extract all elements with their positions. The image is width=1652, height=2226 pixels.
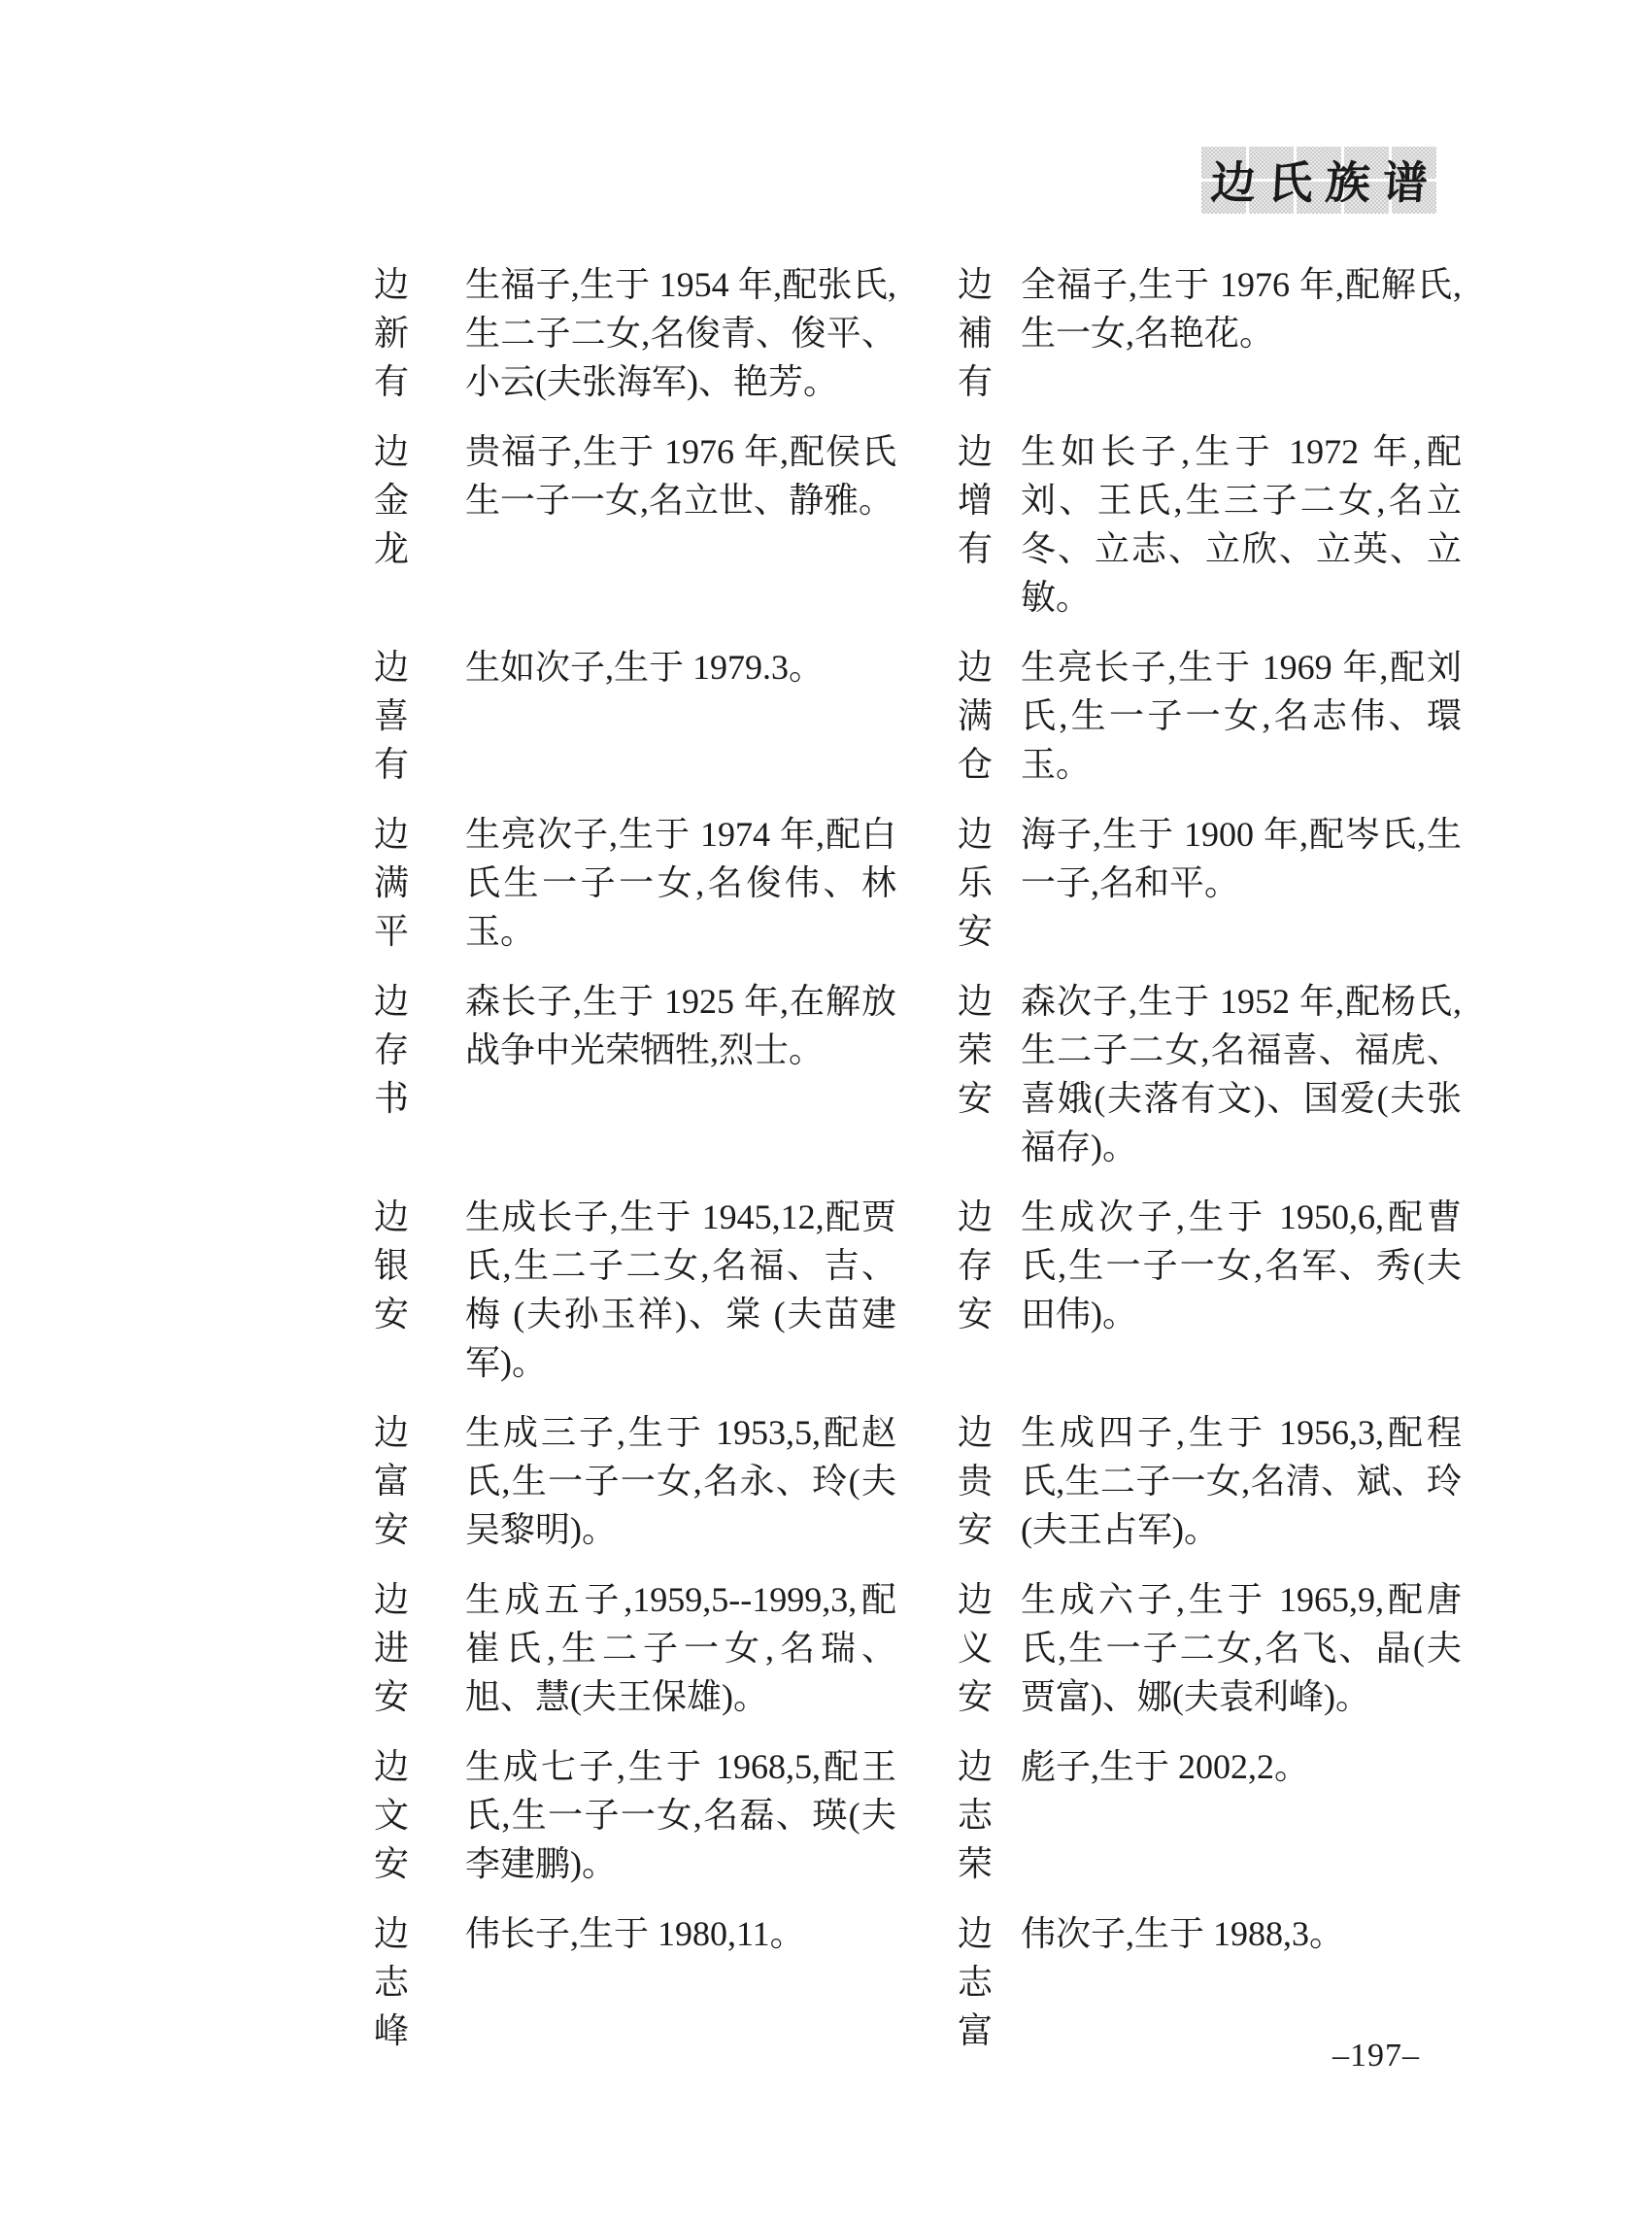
entry: 边贵安 生成四子,生于 1956,3,配程氏,生二子一女,名清、斌、玲(夫王占军… bbox=[958, 1408, 1462, 1554]
entry-name: 边富安 bbox=[374, 1408, 415, 1554]
entry: 边新有 生福子,生于 1954 年,配张氏,生二子二女,名俊青、俊平、小云(夫张… bbox=[374, 260, 896, 406]
entry-text: 生成五子,1959,5--1999,3,配崔氏,生二子一女,名瑞、旭、慧(夫王保… bbox=[465, 1575, 896, 1721]
entry: 边志富 伟次子,生于 1988,3。 bbox=[958, 1909, 1462, 2055]
entry: 边乐安 海子,生于 1900 年,配岑氏,生一子,名和平。 bbox=[958, 810, 1462, 956]
entry-text: 生亮长子,生于 1969 年,配刘氏,生一子一女,名志伟、環玉。 bbox=[1021, 643, 1462, 789]
entry-name: 边存书 bbox=[374, 977, 415, 1123]
entry: 边增有 生如长子,生于 1972 年,配刘、王氏,生三子二女,名立冬、立志、立欣… bbox=[958, 427, 1462, 622]
entry-row: 边存书 森长子,生于 1925 年,在解放战争中光荣牺牲,烈士。 边荣安 森次子… bbox=[374, 977, 1462, 1171]
entry-name: 边志富 bbox=[958, 1909, 998, 2055]
entry-name: 边义安 bbox=[958, 1575, 998, 1721]
entry: 边银安 生成长子,生于 1945,12,配贾氏,生二子二女,名福、吉、梅 (夫孙… bbox=[374, 1193, 896, 1387]
entry-row: 边金龙 贵福子,生于 1976 年,配侯氏生一子一女,名立世、静雅。 边增有 生… bbox=[374, 427, 1462, 622]
entry-text: 生如次子,生于 1979.3。 bbox=[465, 643, 896, 789]
entry-name: 边志峰 bbox=[374, 1909, 415, 2055]
entry-text: 生成次子,生于 1950,6,配曹氏,生一子一女,名军、秀(夫田伟)。 bbox=[1021, 1193, 1462, 1338]
entry-name: 边文安 bbox=[374, 1742, 415, 1888]
entry-text: 生成三子,生于 1953,5,配赵氏,生一子一女,名永、玲(夫吴黎明)。 bbox=[465, 1408, 896, 1554]
entry-text: 贵福子,生于 1976 年,配侯氏生一子一女,名立世、静雅。 bbox=[465, 427, 896, 573]
entry-row: 边进安 生成五子,1959,5--1999,3,配崔氏,生二子一女,名瑞、旭、慧… bbox=[374, 1575, 1462, 1721]
entry-name: 边荣安 bbox=[958, 977, 998, 1123]
entry: 边满仓 生亮长子,生于 1969 年,配刘氏,生一子一女,名志伟、環玉。 bbox=[958, 643, 1462, 789]
entry: 边存安 生成次子,生于 1950,6,配曹氏,生一子一女,名军、秀(夫田伟)。 bbox=[958, 1193, 1462, 1387]
entries-container: 边新有 生福子,生于 1954 年,配张氏,生二子二女,名俊青、俊平、小云(夫张… bbox=[374, 260, 1462, 2076]
entry: 边富安 生成三子,生于 1953,5,配赵氏,生一子一女,名永、玲(夫吴黎明)。 bbox=[374, 1408, 896, 1554]
entry-row: 边文安 生成七子,生于 1968,5,配王氏,生一子一女,名磊、瑛(夫李建鹏)。… bbox=[374, 1742, 1462, 1888]
entry-name: 边金龙 bbox=[374, 427, 415, 573]
entry: 边喜有 生如次子,生于 1979.3。 bbox=[374, 643, 896, 789]
genealogy-page: 边氏族谱 边新有 生福子,生于 1954 年,配张氏,生二子二女,名俊青、俊平、… bbox=[0, 0, 1652, 2226]
entry-text: 生如长子,生于 1972 年,配刘、王氏,生三子二女,名立冬、立志、立欣、立英、… bbox=[1021, 427, 1462, 622]
entry: 边文安 生成七子,生于 1968,5,配王氏,生一子一女,名磊、瑛(夫李建鹏)。 bbox=[374, 1742, 896, 1888]
entry-text: 森长子,生于 1925 年,在解放战争中光荣牺牲,烈士。 bbox=[465, 977, 896, 1123]
entry-text: 生成七子,生于 1968,5,配王氏,生一子一女,名磊、瑛(夫李建鹏)。 bbox=[465, 1742, 896, 1888]
entry: 边义安 生成六子,生于 1965,9,配唐氏,生一子二女,名飞、晶(夫贾富)、娜… bbox=[958, 1575, 1462, 1721]
entry: 边荣安 森次子,生于 1952 年,配杨氏,生二子二女,名福喜、福虎、喜娥(夫落… bbox=[958, 977, 1462, 1171]
entry-name: 边補有 bbox=[958, 260, 998, 406]
entry-text: 生成四子,生于 1956,3,配程氏,生二子一女,名清、斌、玲(夫王占军)。 bbox=[1021, 1408, 1462, 1554]
entry: 边補有 全福子,生于 1976 年,配解氏,生一女,名艳花。 bbox=[958, 260, 1462, 406]
page-number: –197– bbox=[1332, 2038, 1420, 2074]
entry-name: 边银安 bbox=[374, 1193, 415, 1338]
entry: 边金龙 贵福子,生于 1976 年,配侯氏生一子一女,名立世、静雅。 bbox=[374, 427, 896, 622]
entry: 边满平 生亮次子,生于 1974 年,配白氏生一子一女,名俊伟、林玉。 bbox=[374, 810, 896, 956]
entry-text: 全福子,生于 1976 年,配解氏,生一女,名艳花。 bbox=[1021, 260, 1462, 406]
entry: 边志峰 伟长子,生于 1980,11。 bbox=[374, 1909, 896, 2055]
entry-name: 边满平 bbox=[374, 810, 415, 956]
entry: 边进安 生成五子,1959,5--1999,3,配崔氏,生二子一女,名瑞、旭、慧… bbox=[374, 1575, 896, 1721]
entry: 边志荣 彪子,生于 2002,2。 bbox=[958, 1742, 1462, 1888]
entry: 边存书 森长子,生于 1925 年,在解放战争中光荣牺牲,烈士。 bbox=[374, 977, 896, 1171]
entry-text: 海子,生于 1900 年,配岑氏,生一子,名和平。 bbox=[1021, 810, 1462, 956]
entry-text: 伟次子,生于 1988,3。 bbox=[1021, 1909, 1462, 2055]
entry-text: 生成长子,生于 1945,12,配贾氏,生二子二女,名福、吉、梅 (夫孙玉祥)、… bbox=[465, 1193, 896, 1387]
entry-row: 边银安 生成长子,生于 1945,12,配贾氏,生二子二女,名福、吉、梅 (夫孙… bbox=[374, 1193, 1462, 1387]
entry-name: 边喜有 bbox=[374, 643, 415, 789]
entry-name: 边满仓 bbox=[958, 643, 998, 789]
entry-row: 边志峰 伟长子,生于 1980,11。 边志富 伟次子,生于 1988,3。 bbox=[374, 1909, 1462, 2055]
genealogy-title: 边氏族谱 bbox=[1209, 148, 1441, 212]
entry-row: 边富安 生成三子,生于 1953,5,配赵氏,生一子一女,名永、玲(夫吴黎明)。… bbox=[374, 1408, 1462, 1554]
entry-text: 生成六子,生于 1965,9,配唐氏,生一子二女,名飞、晶(夫贾富)、娜(夫袁利… bbox=[1021, 1575, 1462, 1721]
entry-row: 边喜有 生如次子,生于 1979.3。 边满仓 生亮长子,生于 1969 年,配… bbox=[374, 643, 1462, 789]
entry-name: 边存安 bbox=[958, 1193, 998, 1338]
entry-name: 边增有 bbox=[958, 427, 998, 573]
entry-name: 边乐安 bbox=[958, 810, 998, 956]
entry-text: 森次子,生于 1952 年,配杨氏,生二子二女,名福喜、福虎、喜娥(夫落有文)、… bbox=[1021, 977, 1462, 1171]
entry-name: 边新有 bbox=[374, 260, 415, 406]
entry-name: 边贵安 bbox=[958, 1408, 998, 1554]
entry-row: 边满平 生亮次子,生于 1974 年,配白氏生一子一女,名俊伟、林玉。 边乐安 … bbox=[374, 810, 1462, 956]
entry-name: 边进安 bbox=[374, 1575, 415, 1721]
entry-text: 彪子,生于 2002,2。 bbox=[1021, 1742, 1462, 1888]
entry-text: 生福子,生于 1954 年,配张氏,生二子二女,名俊青、俊平、小云(夫张海军)、… bbox=[465, 260, 896, 406]
entry-text: 伟长子,生于 1980,11。 bbox=[465, 1909, 896, 2055]
entry-text: 生亮次子,生于 1974 年,配白氏生一子一女,名俊伟、林玉。 bbox=[465, 810, 896, 956]
entry-name: 边志荣 bbox=[958, 1742, 998, 1888]
entry-row: 边新有 生福子,生于 1954 年,配张氏,生二子二女,名俊青、俊平、小云(夫张… bbox=[374, 260, 1462, 406]
genealogy-title-box: 边氏族谱 bbox=[1201, 146, 1436, 214]
